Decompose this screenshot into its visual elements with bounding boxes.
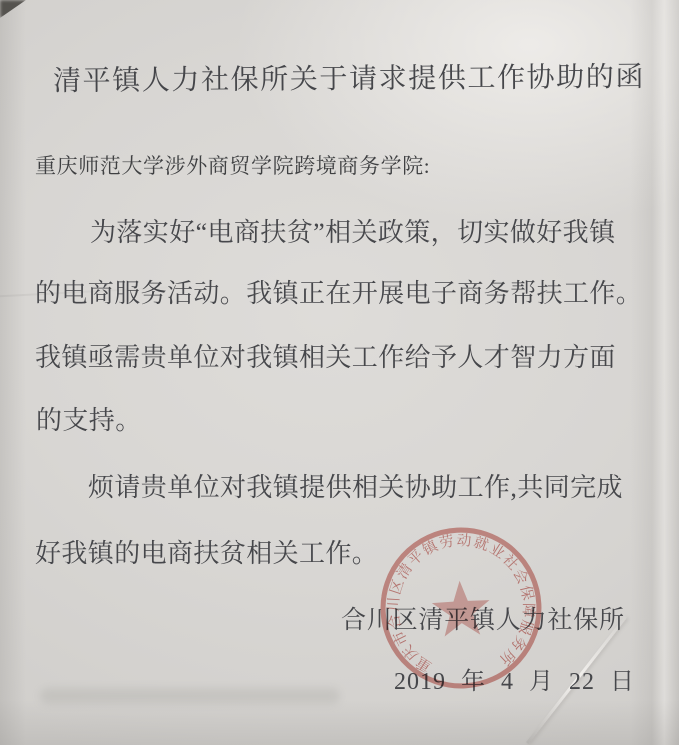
paragraph1-line2: 的电商服务活动。我镇正在开展电子商务帮扶工作。	[35, 273, 642, 310]
paragraph1-line4: 的支持。	[36, 400, 142, 437]
official-seal: 重庆市合川区清平镇劳动就业社会保障服务所	[373, 520, 550, 697]
paper-crease-right	[630, 0, 679, 745]
ink-showthrough	[40, 688, 340, 704]
paragraph1-line1: 为落实好“电商扶贫”相关政策，切实做好我镇	[90, 212, 615, 249]
paragraph2-line2: 好我镇的电商扶贫相关工作。	[35, 533, 378, 570]
letter-photo: 清平镇人力社保所关于请求提供工作协助的函 重庆师范大学涉外商贸学院跨境商务学院:…	[0, 0, 679, 745]
star-icon	[431, 579, 491, 637]
letter-title: 清平镇人力社保所关于请求提供工作协助的函	[53, 55, 645, 99]
paper-shadow-bottom	[0, 700, 679, 745]
photo-corner-dark	[0, 0, 26, 18]
paragraph1-line3: 我镇亟需贵单位对我镇相关工作给予人才智力方面	[35, 337, 616, 374]
paragraph2-line1: 烦请贵单位对我镇提供相关协助工作,共同完成	[88, 467, 623, 504]
recipient-line: 重庆师范大学涉外商贸学院跨境商务学院:	[35, 150, 430, 180]
paper-shadow-left	[0, 0, 26, 745]
